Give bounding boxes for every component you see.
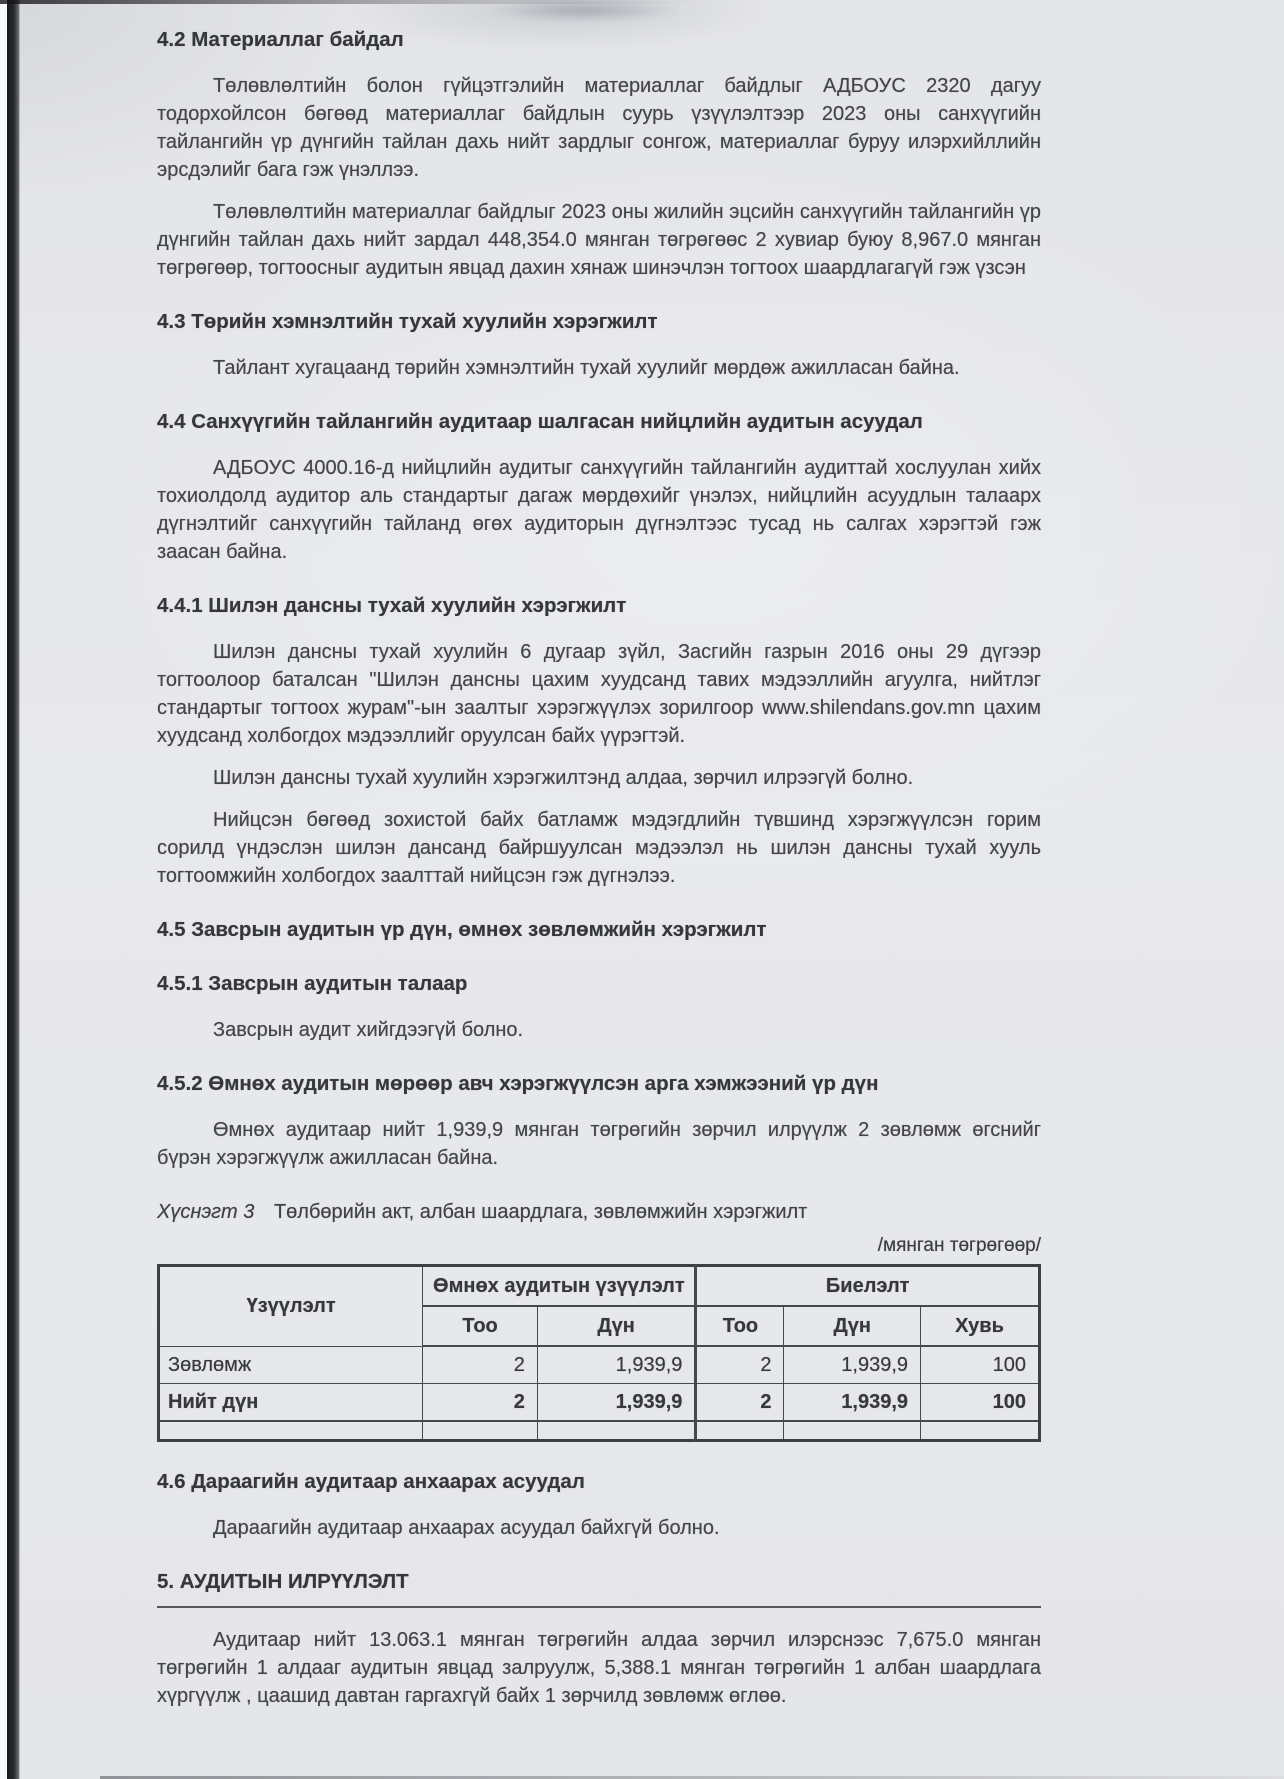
section-4-2-heading: 4.2 Материаллаг байдал [157, 26, 1041, 54]
scan-left-white-edge [0, 0, 7, 1779]
table-cell-count-previous: 2 [423, 1384, 538, 1422]
document-content: 4.2 Материаллаг байдал Төлөвлөлтийн боло… [157, 0, 1041, 1724]
table-cell-empty [784, 1421, 921, 1441]
table-cell-amount-previous: 1,939,9 [537, 1346, 696, 1384]
table-row-total: Нийт дүн 2 1,939,9 2 1,939,9 100 [159, 1384, 1040, 1422]
section-4-4-1-paragraph-3: Нийцсэн бөгөөд зохистой байх батламж мэд… [157, 806, 1041, 890]
section-4-6-heading: 4.6 Дараагийн аудитаар анхаарах асуудал [157, 1468, 1041, 1496]
table-3-unit-note: /мянган төгрөгөөр/ [157, 1232, 1041, 1260]
table-row-recommendation: Зөвлөмж 2 1,939,9 2 1,939,9 100 [159, 1346, 1040, 1384]
section-4-4-1-paragraph-1: Шилэн дансны тухай хуулийн 6 дугаар зүйл… [157, 638, 1041, 750]
table-cell-percent: 100 [921, 1384, 1040, 1422]
section-4-5-2-paragraph-1: Өмнөх аудитаар нийт 1,939,9 мянган төгрө… [157, 1116, 1041, 1172]
table-cell-count-implementation: 2 [696, 1384, 784, 1422]
table-subheader-count-implementation: Тоо [696, 1306, 784, 1346]
section-4-5-heading: 4.5 Завсрын аудитын үр дүн, өмнөх зөвлөм… [157, 916, 1041, 944]
table-subheader-amount-implementation: Дүн [784, 1306, 921, 1346]
section-5-paragraph-1: Аудитаар нийт 13.063.1 мянган төгрөгийн … [157, 1626, 1041, 1710]
table-3-caption-label: Хүснэгт 3 [157, 1201, 254, 1223]
table-cell-label: Зөвлөмж [159, 1346, 423, 1384]
table-cell-empty [159, 1421, 423, 1441]
table-subheader-percent: Хувь [921, 1306, 1040, 1346]
table-cell-percent: 100 [921, 1346, 1040, 1384]
section-4-5-2-heading: 4.5.2 Өмнөх аудитын мөрөөр авч хэрэгжүүл… [157, 1070, 1041, 1098]
table-cell-amount-implementation: 1,939,9 [784, 1384, 921, 1422]
section-4-2-paragraph-1: Төлөвлөлтийн болон гүйцэтгэлийн материал… [157, 72, 1041, 184]
section-4-4-1-heading: 4.4.1 Шилэн дансны тухай хуулийн хэрэгжи… [157, 592, 1041, 620]
table-header-indicator: Үзүүлэлт [159, 1266, 423, 1347]
table-subheader-amount-previous: Дүн [537, 1306, 696, 1346]
scan-left-dark-edge [7, 0, 20, 1779]
table-3-caption: Хүснэгт 3 Төлбөрийн акт, албан шаардлага… [157, 1198, 1041, 1226]
table-header-group-previous-audit: Өмнөх аудитын үзүүлэлт [423, 1266, 696, 1307]
table-cell-empty [696, 1421, 784, 1441]
table-cell-amount-previous: 1,939,9 [537, 1384, 696, 1422]
section-4-3-heading: 4.3 Төрийн хэмнэлтийн тухай хуулийн хэрэ… [157, 308, 1041, 336]
table-subheader-count-previous: Тоо [423, 1306, 538, 1346]
table-cell-amount-implementation: 1,939,9 [784, 1346, 921, 1384]
scanned-document-page: 4.2 Материаллаг байдал Төлөвлөлтийн боло… [0, 0, 1284, 1779]
table-row-bottom-padding [159, 1421, 1040, 1441]
section-4-5-1-heading: 4.5.1 Завсрын аудитын талаар [157, 970, 1041, 998]
table-cell-empty [921, 1421, 1040, 1441]
table-cell-empty [537, 1421, 696, 1441]
section-4-4-1-paragraph-2: Шилэн дансны тухай хуулийн хэрэгжилтэнд … [157, 764, 1041, 792]
table-cell-empty [423, 1421, 538, 1441]
section-4-6-paragraph-1: Дараагийн аудитаар анхаарах асуудал байх… [157, 1514, 1041, 1542]
section-4-2-paragraph-2: Төлөвлөлтийн материаллаг байдлыг 2023 он… [157, 198, 1041, 282]
section-4-5-1-paragraph-1: Завсрын аудит хийгдээгүй болно. [157, 1016, 1041, 1044]
table-cell-label: Нийт дүн [159, 1384, 423, 1422]
section-4-3-paragraph-1: Тайлант хугацаанд төрийн хэмнэлтийн туха… [157, 354, 1041, 382]
table-cell-count-implementation: 2 [696, 1346, 784, 1384]
table-cell-count-previous: 2 [423, 1346, 538, 1384]
table-3-caption-text: Төлбөрийн акт, албан шаардлага, зөвлөмжи… [274, 1201, 807, 1223]
section-5-heading: 5. АУДИТЫН ИЛРҮҮЛЭЛТ [157, 1568, 1041, 1608]
section-4-4-heading: 4.4 Санхүүгийн тайлангийн аудитаар шалга… [157, 408, 1041, 436]
section-4-4-paragraph-1: АДБОУС 4000.16-д нийцлийн аудитыг санхүү… [157, 454, 1041, 566]
table-header-group-implementation: Биелэлт [696, 1266, 1040, 1307]
table-3: Үзүүлэлт Өмнөх аудитын үзүүлэлт Биелэлт … [157, 1264, 1041, 1442]
